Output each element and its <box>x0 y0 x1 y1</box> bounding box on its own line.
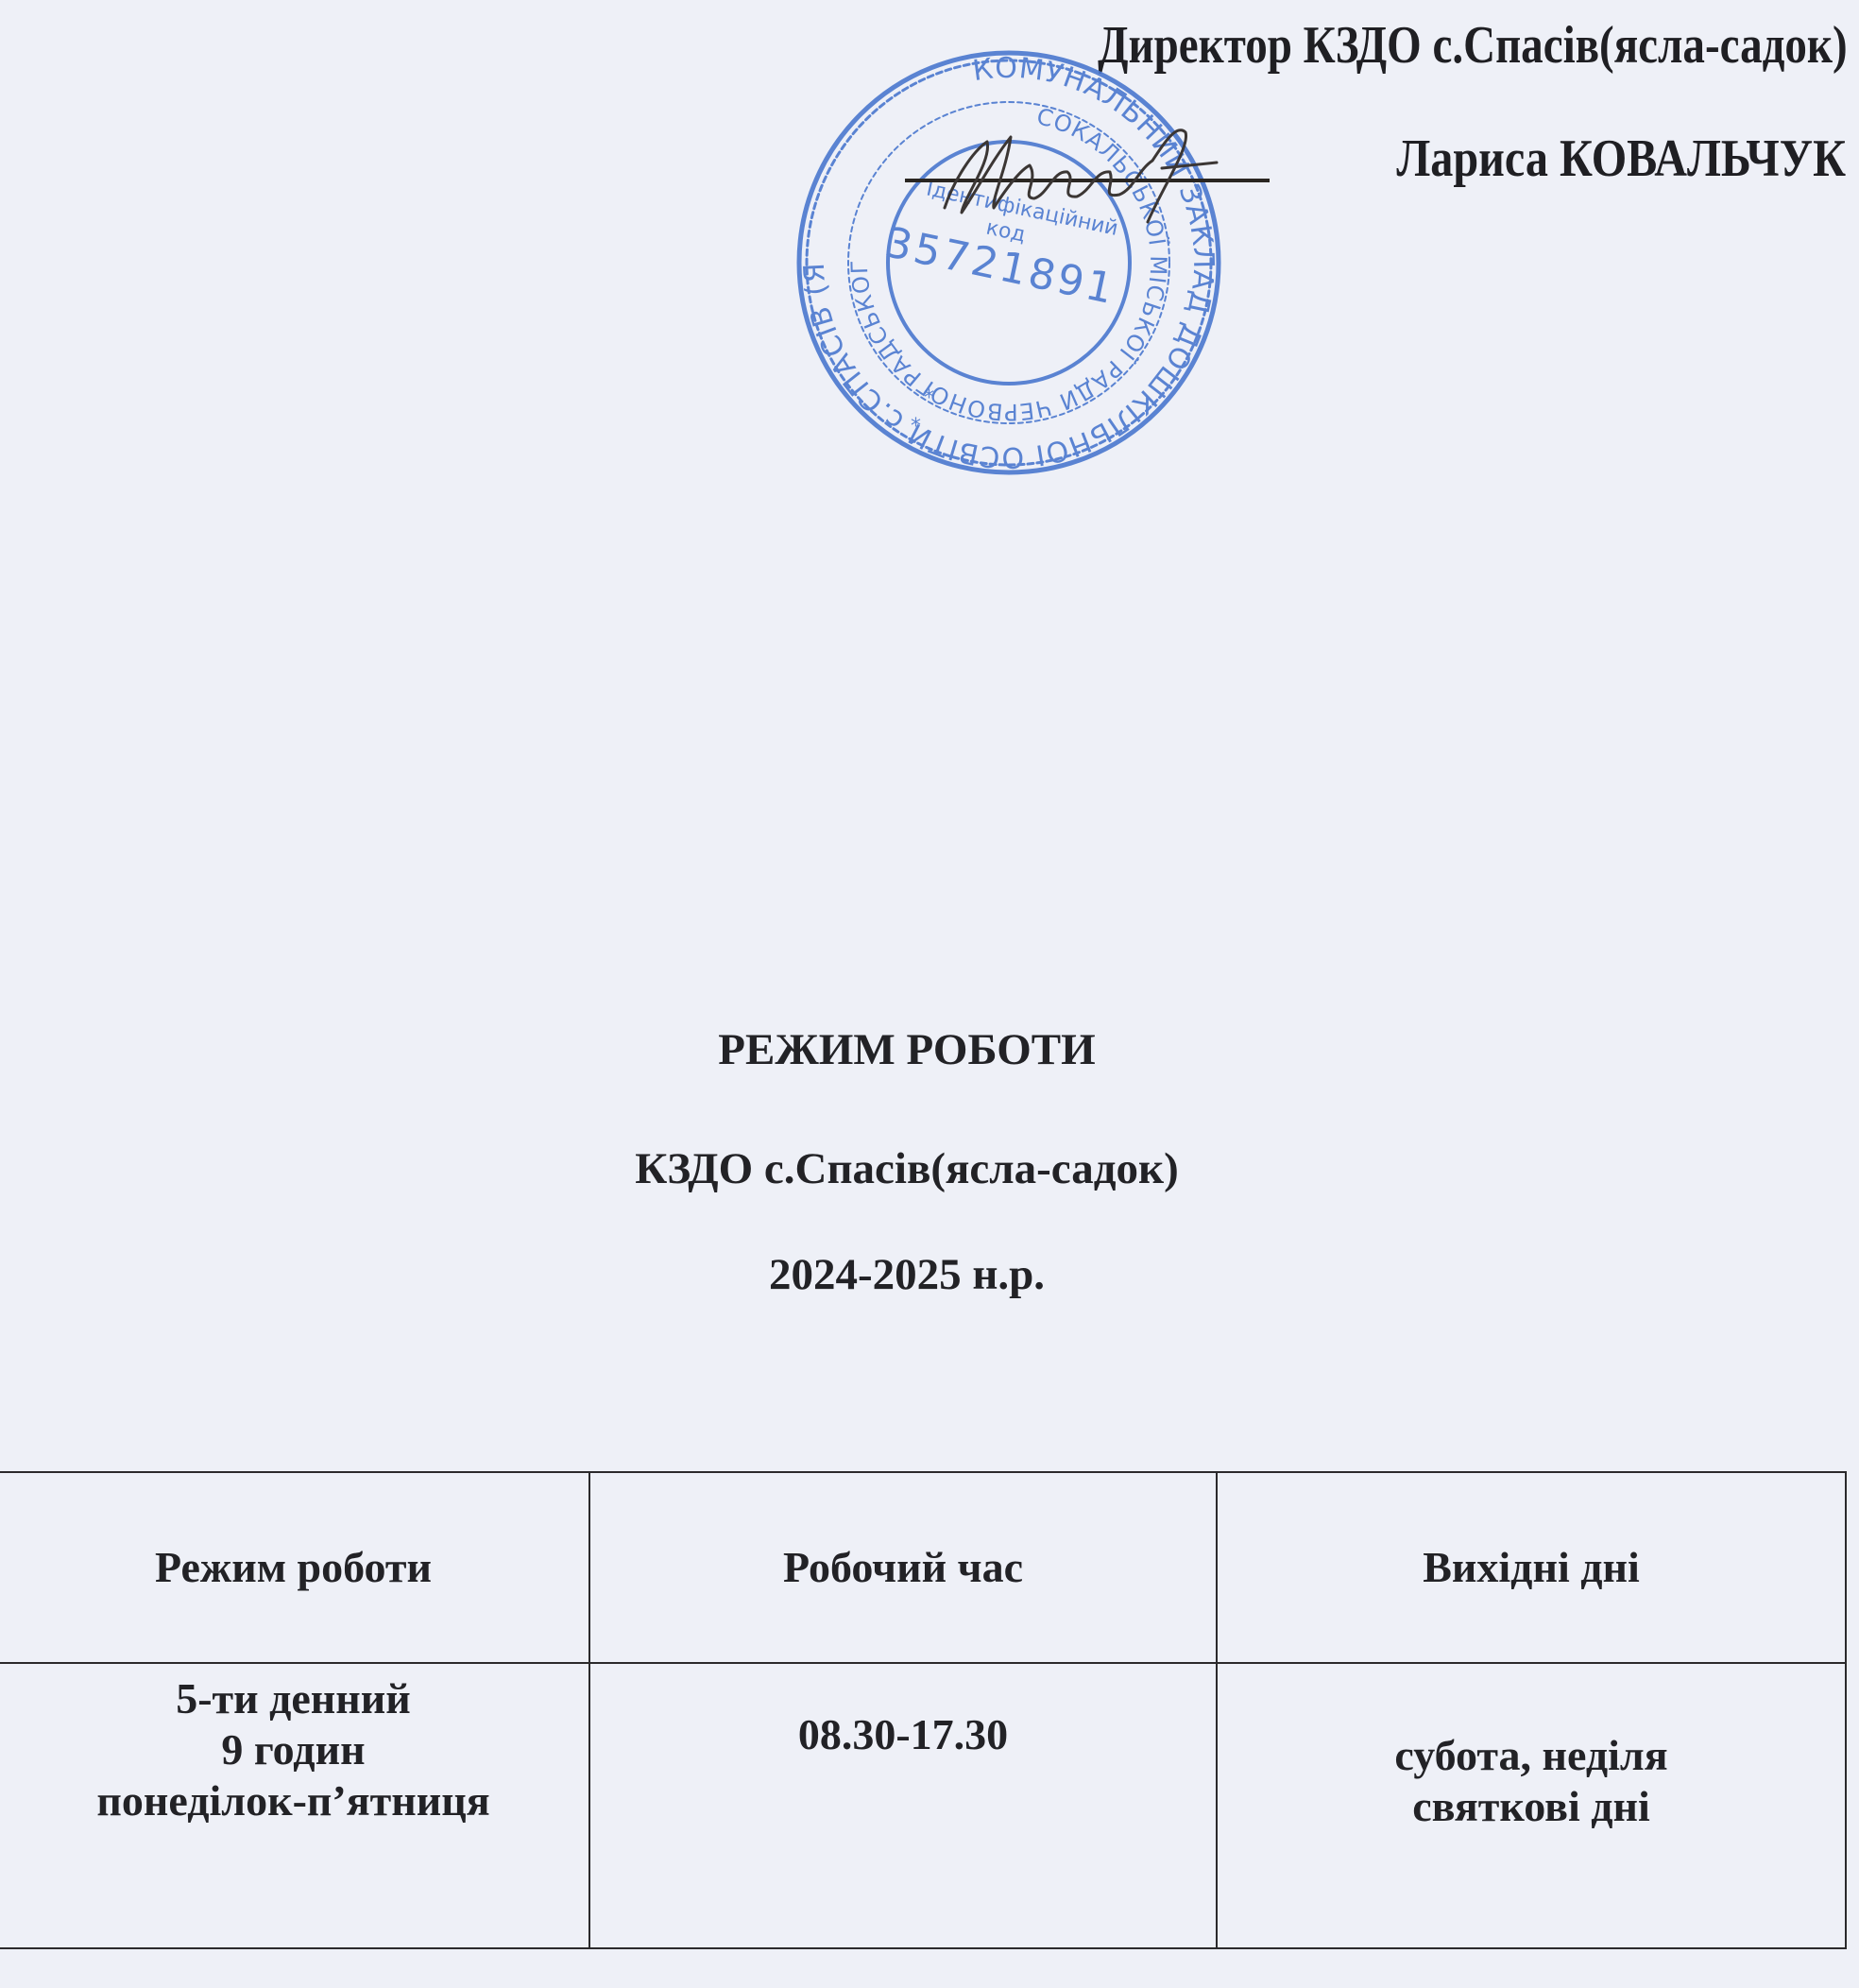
table-row: 5-ти денний 9 годин понеділок-п’ятниця 0… <box>0 1663 1846 1948</box>
approval-signatory: Лариса КОВАЛЬЧУК <box>1396 129 1846 189</box>
schedule-table: Режим роботи Робочий час Вихідні дні 5-т… <box>0 1471 1847 1949</box>
days-off-line-1: субота, неділя <box>1223 1730 1839 1781</box>
work-mode-line-3: понеділок-п’ятниця <box>4 1775 583 1826</box>
cell-days-off: субота, неділя святкові дні <box>1217 1663 1846 1948</box>
document-title: РЕЖИМ РОБОТИ <box>0 1024 1814 1075</box>
cell-work-mode: 5-ти денний 9 годин понеділок-п’ятниця <box>0 1663 589 1948</box>
document-academic-year: 2024-2025 н.р. <box>0 1249 1814 1300</box>
work-mode-line-2: 9 годин <box>4 1724 583 1775</box>
document-organization: КЗДО с.Спасів(ясла-садок) <box>0 1143 1814 1194</box>
svg-text:*: * <box>911 415 921 438</box>
table-header-row: Режим роботи Робочий час Вихідні дні <box>0 1472 1846 1663</box>
working-hours-value: 08.30-17.30 <box>596 1709 1210 1760</box>
work-mode-line-1: 5-ти денний <box>4 1673 583 1724</box>
cell-working-hours: 08.30-17.30 <box>589 1663 1217 1948</box>
signature-icon <box>935 104 1219 227</box>
header-working-hours: Робочий час <box>589 1472 1217 1663</box>
header-days-off: Вихідні дні <box>1217 1472 1846 1663</box>
header-work-mode: Режим роботи <box>0 1472 589 1663</box>
svg-text:*: * <box>924 386 934 410</box>
days-off-line-2: святкові дні <box>1223 1781 1839 1832</box>
